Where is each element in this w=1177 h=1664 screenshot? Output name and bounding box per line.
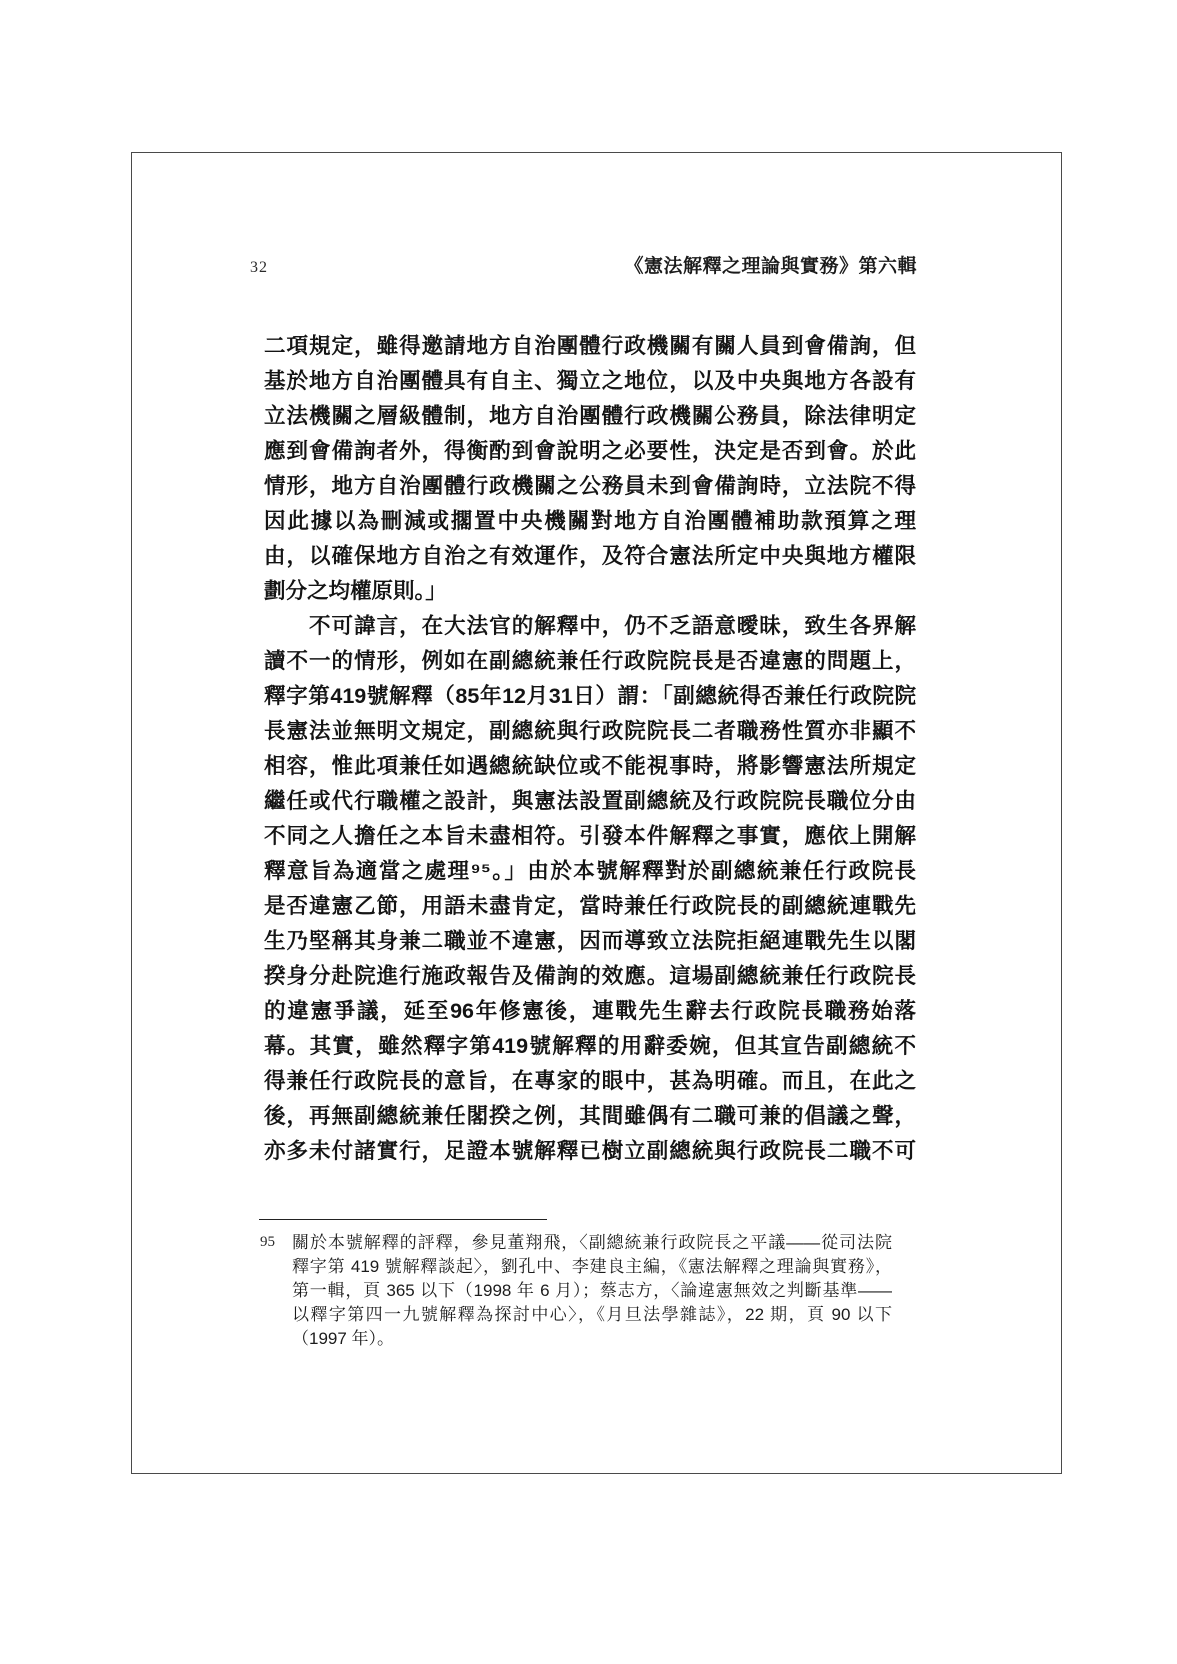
body-line: 釋字第419號解釋（85年12月31日）謂：「副總統得否兼任行政院院 bbox=[264, 679, 916, 714]
body-line: 情形，地方自治團體行政機關之公務員未到會備詢時，立法院不得 bbox=[264, 469, 916, 504]
footnote-number: 95 bbox=[260, 1231, 292, 1251]
body-line: 亦多未付諸實行，足證本號解釋已樹立副總統與行政院長二職不可 bbox=[264, 1134, 916, 1169]
footnote-line: 第一輯，頁 365 以下（1998 年 6 月）；蔡志方，〈論違憲無效之判斷基準… bbox=[292, 1279, 892, 1303]
body-line: 是否違憲乙節，用語未盡肯定，當時兼任行政院長的副總統連戰先 bbox=[264, 889, 916, 924]
footnote-line: （1997 年）。 bbox=[292, 1327, 892, 1351]
footnote-line: 關於本號解釋的評釋，參見董翔飛，〈副總統兼行政院長之平議——從司法院 bbox=[292, 1231, 892, 1255]
body-line: 立法機關之層級體制，地方自治團體行政機關公務員，除法律明定 bbox=[264, 399, 916, 434]
body-line: 相容，惟此項兼任如遇總統缺位或不能視事時，將影響憲法所規定 bbox=[264, 749, 916, 784]
body-line: 不同之人擔任之本旨未盡相符。引發本件解釋之事實，應依上開解 bbox=[264, 819, 916, 854]
footnote: 95 關於本號解釋的評釋，參見董翔飛，〈副總統兼行政院長之平議——從司法院釋字第… bbox=[260, 1231, 900, 1351]
body-line: 揆身分赴院進行施政報告及備詢的效應。這場副總統兼任行政院長 bbox=[264, 959, 916, 994]
body-line: 劃分之均權原則。」 bbox=[264, 574, 916, 609]
running-title: 《憲法解釋之理論與實務》第六輯 bbox=[624, 251, 917, 278]
body-line: 二項規定，雖得邀請地方自治團體行政機關有關人員到會備詢，但 bbox=[264, 329, 916, 364]
body-line: 生乃堅稱其身兼二職並不違憲，因而導致立法院拒絕連戰先生以閣 bbox=[264, 924, 916, 959]
footnote-text: 關於本號解釋的評釋，參見董翔飛，〈副總統兼行政院長之平議——從司法院釋字第 41… bbox=[292, 1231, 892, 1351]
footnote-line: 以釋字第四一九號解釋為探討中心〉，《月旦法學雜誌》，22 期，頁 90 以下 bbox=[292, 1303, 892, 1327]
body-line: 長憲法並無明文規定，副總統與行政院院長二者職務性質亦非顯不 bbox=[264, 714, 916, 749]
body-line: 由，以確保地方自治之有效運作，及符合憲法所定中央與地方權限 bbox=[264, 539, 916, 574]
body-line: 幕。其實，雖然釋字第419號解釋的用辭委婉，但其宣告副總統不 bbox=[264, 1029, 916, 1064]
body-line: 得兼任行政院長的意旨，在專家的眼中，甚為明確。而且，在此之 bbox=[264, 1064, 916, 1099]
body-line: 不可諱言，在大法官的解釋中，仍不乏語意曖昧，致生各界解 bbox=[264, 609, 916, 644]
footnote-separator bbox=[259, 1219, 547, 1220]
page-number: 32 bbox=[250, 259, 268, 277]
page-frame: 32 《憲法解釋之理論與實務》第六輯 二項規定，雖得邀請地方自治團體行政機關有關… bbox=[131, 152, 1062, 1474]
body-line: 釋意旨為適當之處理⁹⁵。」由於本號解釋對於副總統兼任行政院長 bbox=[264, 854, 916, 889]
footnote-line: 釋字第 419 號解釋談起〉，劉孔中、李建良主編，《憲法解釋之理論與實務》， bbox=[292, 1255, 892, 1279]
body-text: 二項規定，雖得邀請地方自治團體行政機關有關人員到會備詢，但基於地方自治團體具有自… bbox=[264, 329, 916, 1169]
body-line: 後，再無副總統兼任閣揆之例，其間雖偶有二職可兼的倡議之聲， bbox=[264, 1099, 916, 1134]
body-line: 基於地方自治團體具有自主、獨立之地位，以及中央與地方各設有 bbox=[264, 364, 916, 399]
body-line: 因此據以為刪減或擱置中央機關對地方自治團體補助款預算之理 bbox=[264, 504, 916, 539]
body-line: 的違憲爭議，延至96年修憲後，連戰先生辭去行政院長職務始落 bbox=[264, 994, 916, 1029]
scanned-page: 32 《憲法解釋之理論與實務》第六輯 二項規定，雖得邀請地方自治團體行政機關有關… bbox=[0, 0, 1177, 1664]
body-line: 應到會備詢者外，得衡酌到會說明之必要性，決定是否到會。於此 bbox=[264, 434, 916, 469]
page-header: 32 《憲法解釋之理論與實務》第六輯 bbox=[250, 251, 917, 278]
body-line: 讀不一的情形，例如在副總統兼任行政院院長是否違憲的問題上， bbox=[264, 644, 916, 679]
body-line: 繼任或代行職權之設計，與憲法設置副總統及行政院院長職位分由 bbox=[264, 784, 916, 819]
